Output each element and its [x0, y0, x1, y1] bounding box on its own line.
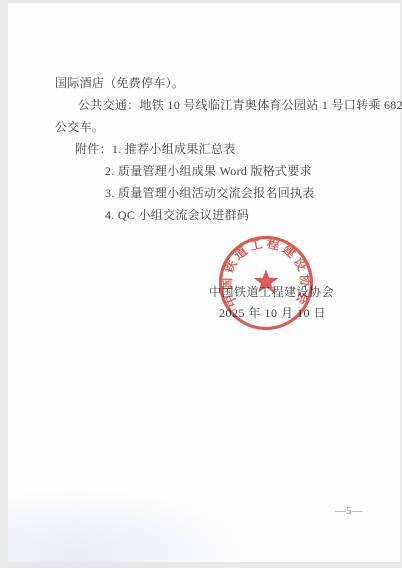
document-page: 国际酒店（免费停车）。 公共交通：地铁 10 号线临江青奥体育公园站 1 号口转… — [8, 3, 400, 562]
body-line: 公共交通：地铁 10 号线临江青奥体育公园站 1 号口转乘 682 — [78, 98, 402, 112]
scan-smudge-artifact — [8, 492, 238, 562]
attachment-item: 2. 质量管理小组成果 Word 版格式要求 — [105, 164, 312, 178]
body-line: 国际酒店（免费停车）。 — [55, 76, 184, 90]
attachment-item: 3. 质量管理小组活动交流会报名回执表 — [105, 186, 315, 200]
star-icon — [254, 269, 279, 293]
attachment-item: 4. QC 小组交流会议进群码 — [105, 208, 249, 222]
page-number: —5— — [335, 505, 363, 517]
attachment-list-header: 附件：1. 推荐小组成果汇总表 — [75, 142, 236, 156]
body-line: 公交车。 — [55, 120, 104, 134]
official-seal-stamp: 中国铁道工程建设协会 — [214, 231, 318, 335]
